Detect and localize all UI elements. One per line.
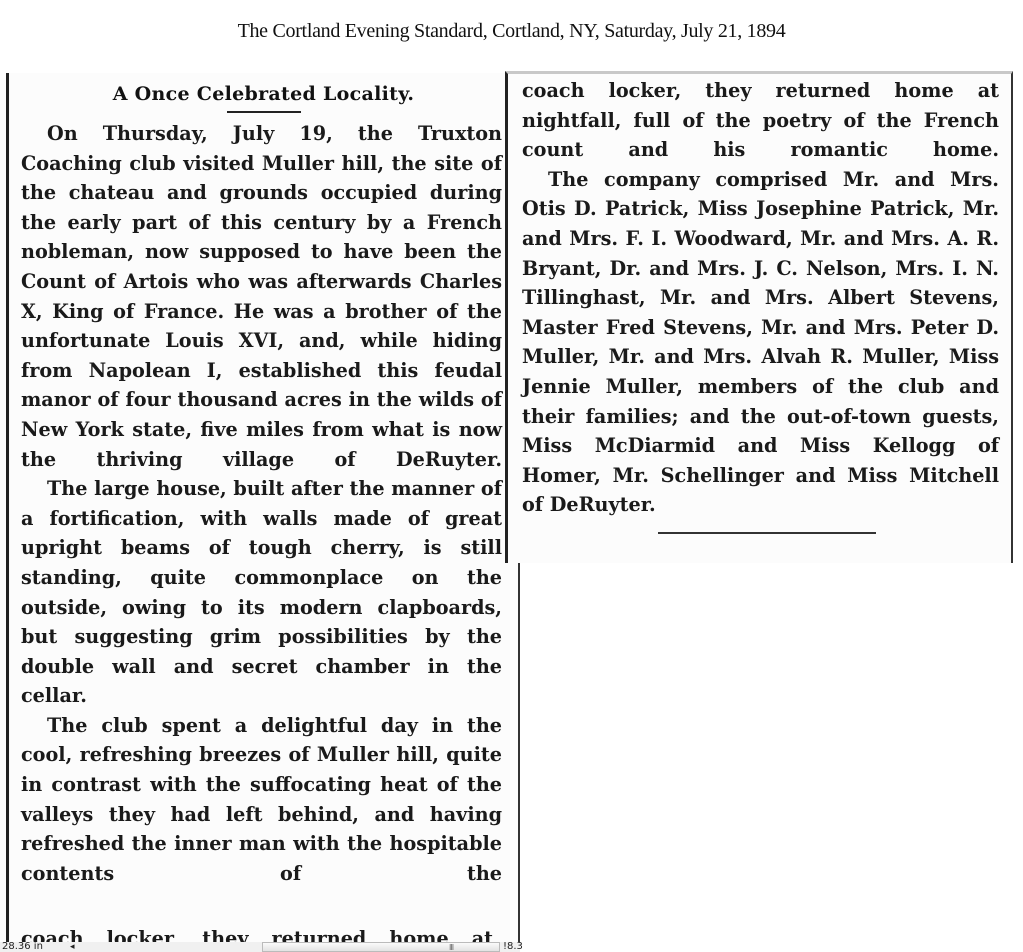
article-paragraph-4: coach locker, they returned home at nigh… xyxy=(508,76,1011,165)
paragraph-text: coach locker, they returned home at nigh… xyxy=(522,79,999,161)
ruler-measurement: 28.36 in xyxy=(2,942,43,952)
article-right-column: coach locker, they returned home at nigh… xyxy=(505,71,1013,563)
horizontal-scrollbar[interactable]: III xyxy=(262,942,500,952)
article-end-divider xyxy=(658,532,876,534)
status-bar: 28.36 in ◂ III !8.3 xyxy=(0,942,520,952)
paragraph-text: The large house, built after the manner … xyxy=(21,477,502,707)
paragraph-text: The company comprised Mr. and Mrs. Otis … xyxy=(522,168,999,517)
paragraph-text: The club spent a delightful day in the c… xyxy=(21,714,502,885)
ruler-measurement-right: !8.3 xyxy=(503,942,523,952)
paragraph-text: On Thursday, July 19, the Truxton Coachi… xyxy=(21,122,502,471)
article-paragraph-1: On Thursday, July 19, the Truxton Coachi… xyxy=(9,119,518,474)
article-left-column: A Once Celebrated Locality. On Thursday,… xyxy=(6,73,520,943)
scrollbar-grip-icon[interactable]: III xyxy=(449,943,453,952)
cutoff-text: coach locker, they returned home at xyxy=(9,924,509,942)
scroll-left-arrow-icon[interactable]: ◂ xyxy=(70,942,75,952)
article-paragraph-2: The large house, built after the manner … xyxy=(9,474,518,711)
headline-divider xyxy=(227,111,301,113)
clipped-line: coach locker, they returned home at xyxy=(9,922,509,942)
article-paragraph-5: The company comprised Mr. and Mrs. Otis … xyxy=(508,165,1011,520)
page-title: The Cortland Evening Standard, Cortland,… xyxy=(0,20,1023,43)
article-headline: A Once Celebrated Locality. xyxy=(9,83,518,105)
article-paragraph-3: The club spent a delightful day in the c… xyxy=(9,711,518,889)
